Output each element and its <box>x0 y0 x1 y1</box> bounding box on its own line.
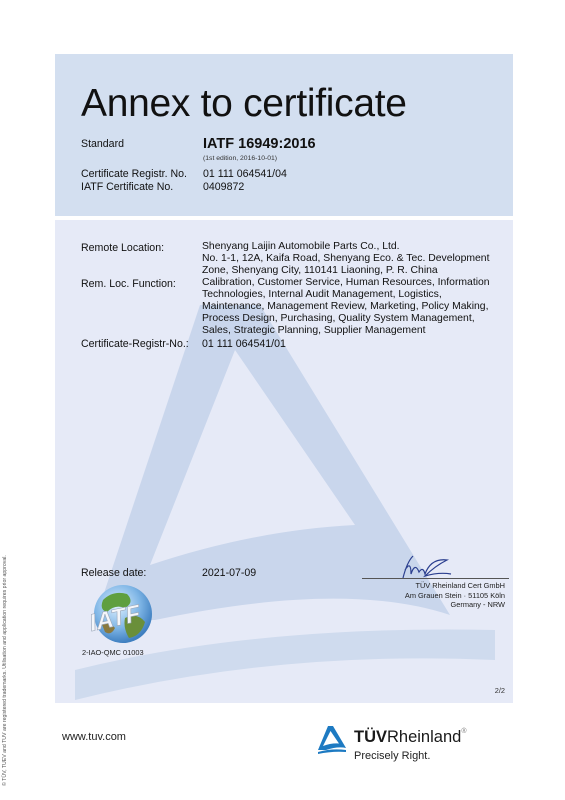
iatf-cert-value: 0409872 <box>203 181 244 193</box>
registered-mark: ® <box>461 728 466 735</box>
issuer-name: TÜV Rheinland Cert GmbH <box>405 581 505 591</box>
website-link[interactable]: www.tuv.com <box>62 731 126 743</box>
address-line: No. 1-1, 12A, Kaifa Road, Shenyang Eco. … <box>202 253 512 265</box>
function-line: Calibration, Customer Service, Human Res… <box>202 277 512 289</box>
cert-registr-value: 01 111 064541/04 <box>203 168 287 180</box>
function-value: Calibration, Customer Service, Human Res… <box>202 277 512 337</box>
brand-slogan: Precisely Right. <box>354 750 430 762</box>
address-line: Shenyang Laijin Automobile Parts Co., Lt… <box>202 241 512 253</box>
cert-registr-no-label: Certificate-Registr-No.: <box>81 338 189 350</box>
page-number: 2/2 <box>495 686 505 695</box>
function-line: Process Design, Purchasing, Quality Syst… <box>202 313 512 325</box>
function-line: Technologies, Internal Audit Management,… <box>202 289 512 301</box>
iatf-code: 2-IAO-QMC 01003 <box>82 648 144 657</box>
brand-bold: TÜV <box>354 728 387 746</box>
page-title: Annex to certificate <box>81 82 407 126</box>
iatf-cert-label: IATF Certificate No. <box>81 181 173 193</box>
cert-registr-no-value: 01 111 064541/01 <box>202 338 286 350</box>
standard-value: IATF 16949:2016 <box>203 136 316 152</box>
issuer-street: Am Grauen Stein · 51105 Köln <box>405 591 505 601</box>
standard-edition: (1st edition, 2016-10-01) <box>203 155 277 162</box>
cert-registr-label: Certificate Registr. No. <box>81 168 187 180</box>
address-line: Zone, Shenyang City, 110141 Liaoning, P.… <box>202 265 512 277</box>
remote-location-value: Shenyang Laijin Automobile Parts Co., Lt… <box>202 241 512 277</box>
signature-line <box>362 578 509 579</box>
issuer-address: TÜV Rheinland Cert GmbH Am Grauen Stein … <box>405 581 505 610</box>
iatf-globe-logo: IATF <box>85 582 155 646</box>
function-line: Maintenance, Management Review, Marketin… <box>202 301 512 313</box>
function-line: Sales, Strategic Planning, Supplier Mana… <box>202 325 512 337</box>
release-date-label: Release date: <box>81 567 146 579</box>
certificate-body: Remote Location: Shenyang Laijin Automob… <box>55 220 513 703</box>
brand-regular: Rheinland <box>387 728 461 746</box>
certificate-header: Annex to certificate Standard IATF 16949… <box>55 54 513 216</box>
tuv-brand-name: TÜVRheinland® <box>354 728 466 747</box>
issuer-country: Germany - NRW <box>405 600 505 610</box>
standard-label: Standard <box>81 138 124 150</box>
function-label: Rem. Loc. Function: <box>81 278 176 290</box>
trademark-note: © TÜV, TUEV and TUV are registered trade… <box>2 526 12 786</box>
remote-location-label: Remote Location: <box>81 242 164 254</box>
release-date-value: 2021-07-09 <box>202 567 256 579</box>
tuv-triangle-icon <box>316 724 348 754</box>
